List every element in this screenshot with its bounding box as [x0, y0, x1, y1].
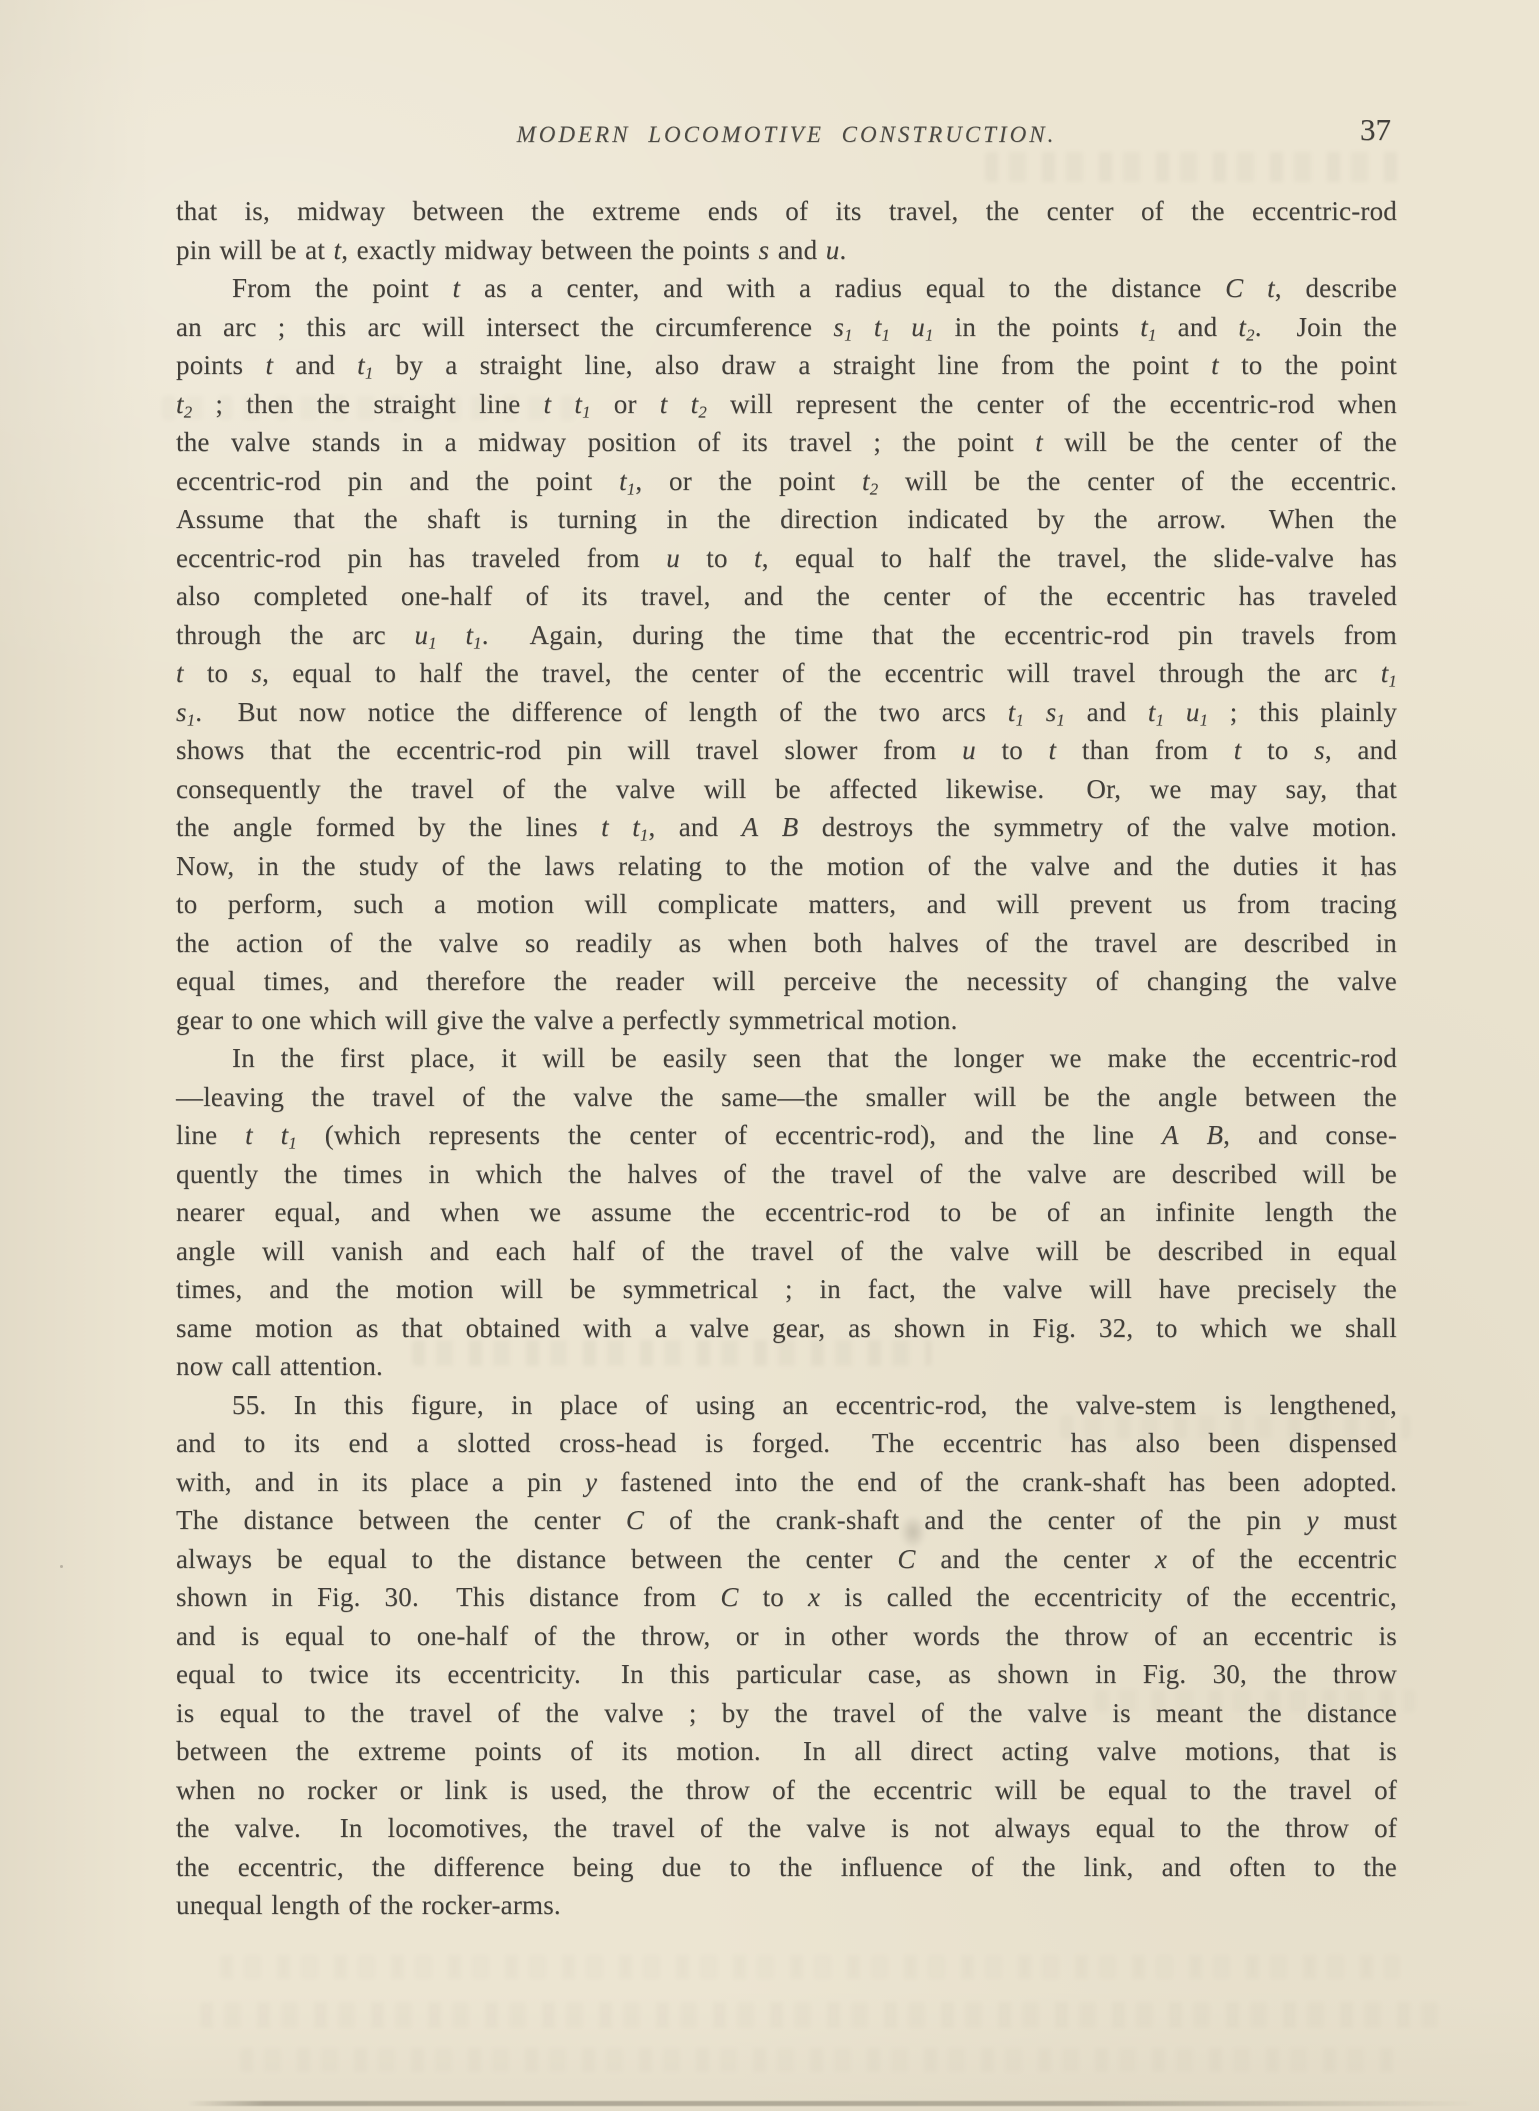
math-variable: t	[1238, 312, 1246, 342]
math-variable: t	[465, 620, 473, 650]
text-line: shown in Fig. 30. This distance from C t…	[176, 1578, 1397, 1617]
text-line: quently the times in which the halves of…	[176, 1155, 1397, 1194]
math-subscript: 1	[428, 633, 437, 652]
text-line: shows that the eccentric-rod pin will tr…	[176, 731, 1397, 770]
text-line: times, and the motion will be symmetrica…	[176, 1270, 1397, 1309]
math-subscript: 1	[1200, 710, 1209, 729]
text-line: between the extreme points of its motion…	[176, 1732, 1397, 1771]
math-variable: t	[874, 312, 882, 342]
text-line: t to s, equal to half the travel, the ce…	[176, 654, 1397, 693]
math-variable: t	[601, 812, 609, 842]
text-line: eccentric-rod pin has traveled from u to…	[176, 539, 1397, 578]
math-subscript: 1	[1148, 325, 1157, 344]
math-variable: s	[759, 235, 770, 265]
math-variable: s	[1314, 735, 1325, 765]
text-line: From the point t as a center, and with a…	[176, 269, 1397, 308]
math-variable: t	[265, 350, 273, 380]
text-line: nearer equal, and when we assume the ecc…	[176, 1193, 1397, 1232]
math-subscript: 2	[1246, 325, 1255, 344]
math-variable: B	[782, 812, 799, 842]
math-variable: t	[1140, 312, 1148, 342]
text-line: the valve stands in a midway position of…	[176, 423, 1397, 462]
math-variable: y	[1306, 1505, 1318, 1535]
page-number: 37	[1360, 112, 1391, 148]
math-subscript: 1	[1156, 710, 1165, 729]
math-variable: t	[453, 273, 461, 303]
math-variable: x	[808, 1582, 820, 1612]
text-line: —leaving the travel of the valve the sam…	[176, 1078, 1397, 1117]
math-variable: t	[176, 389, 184, 419]
text-line: points t and t1 by a straight line, also…	[176, 346, 1397, 385]
text-line: with, and in its place a pin y fastened …	[176, 1463, 1397, 1502]
text-line: Assume that the shaft is turning in the …	[176, 500, 1397, 539]
math-variable: C	[897, 1544, 915, 1574]
math-subscript: 2	[870, 479, 879, 498]
math-subscript: 1	[582, 402, 591, 421]
scan-edge-line	[187, 2101, 1477, 2106]
math-variable: u	[911, 312, 925, 342]
math-variable: u	[415, 620, 429, 650]
text-line: eccentric-rod pin and the point t1, or t…	[176, 462, 1397, 501]
text-line: equal times, and therefore the reader wi…	[176, 962, 1397, 1001]
math-variable: s	[251, 658, 262, 688]
math-variable: t	[245, 1120, 253, 1150]
math-variable: t	[357, 350, 365, 380]
text-line: line t t1 (which represents the center o…	[176, 1116, 1397, 1155]
math-variable: t	[176, 658, 184, 688]
text-line: through the arc u1 t1. Again, during the…	[176, 616, 1397, 655]
math-variable: t	[1049, 735, 1057, 765]
math-variable: t	[1148, 697, 1156, 727]
math-variable: x	[1155, 1544, 1167, 1574]
text-line: also completed one-half of its travel, a…	[176, 577, 1397, 616]
math-subscript: 1	[1015, 710, 1024, 729]
math-variable: t	[544, 389, 552, 419]
math-subscript: 1	[640, 826, 649, 845]
math-variable: t	[1211, 350, 1219, 380]
text-line: and to its end a slotted cross-head is f…	[176, 1424, 1397, 1463]
text-line: when no rocker or link is used, the thro…	[176, 1771, 1397, 1810]
math-variable: C	[1225, 273, 1243, 303]
math-subscript: 1	[627, 479, 636, 498]
math-variable: u	[666, 543, 680, 573]
showthrough-artifact	[220, 1955, 1400, 1979]
text-line: Now, in the study of the laws relating t…	[176, 847, 1397, 886]
math-variable: A	[742, 812, 759, 842]
text-line: an arc ; this arc will intersect the cir…	[176, 308, 1397, 347]
math-variable: t	[632, 812, 640, 842]
math-variable: A	[1162, 1120, 1179, 1150]
math-subscript: 2	[698, 402, 707, 421]
math-subscript: 1	[473, 633, 482, 652]
math-variable: t	[619, 466, 627, 496]
text-line: to perform, such a motion will complicat…	[176, 885, 1397, 924]
math-variable: C	[626, 1505, 644, 1535]
ink-speck	[60, 1565, 63, 1568]
text-line: The distance between the center C of the…	[176, 1501, 1397, 1540]
math-variable: u	[1186, 697, 1200, 727]
math-subscript: 1	[288, 1134, 297, 1153]
text-line: the valve. In locomotives, the travel of…	[176, 1809, 1397, 1848]
math-variable: s	[1046, 697, 1057, 727]
math-variable: y	[585, 1467, 597, 1497]
text-line: In the first place, it will be easily se…	[176, 1039, 1397, 1078]
math-variable: t	[1035, 427, 1043, 457]
math-variable: t	[862, 466, 870, 496]
math-variable: s	[833, 312, 844, 342]
showthrough-artifact	[240, 2048, 1400, 2072]
text-line: consequently the travel of the valve wil…	[176, 770, 1397, 809]
math-variable: B	[1206, 1120, 1223, 1150]
math-variable: u	[826, 235, 840, 265]
math-variable: t	[1267, 273, 1275, 303]
running-head-title: MODERN LOCOMOTIVE CONSTRUCTION.	[176, 122, 1397, 148]
body-text: that is, midway between the extreme ends…	[176, 192, 1397, 1925]
text-line: the eccentric, the difference being due …	[176, 1848, 1397, 1887]
text-line: that is, midway between the extreme ends…	[176, 192, 1397, 231]
math-subscript: 1	[187, 710, 196, 729]
scanned-book-page: { "colors": { "paper": "#ece5d2", "ink":…	[0, 0, 1539, 2111]
math-variable: t	[754, 543, 762, 573]
text-line: angle will vanish and each half of the t…	[176, 1232, 1397, 1271]
math-variable: t	[1234, 735, 1242, 765]
text-line: t2 ; then the straight line t t1 or t t2…	[176, 385, 1397, 424]
text-line: 55. In this figure, in place of using an…	[176, 1386, 1397, 1425]
text-line: gear to one which will give the valve a …	[176, 1001, 1397, 1040]
text-line: pin will be at t, exactly midway between…	[176, 231, 1397, 270]
text-line: the action of the valve so readily as wh…	[176, 924, 1397, 963]
text-line: s1. But now notice the difference of len…	[176, 693, 1397, 732]
text-line: now call attention.	[176, 1347, 1397, 1386]
text-line: equal to twice its eccentricity. In this…	[176, 1655, 1397, 1694]
math-variable: C	[720, 1582, 738, 1612]
math-subscript: 1	[365, 364, 374, 383]
math-subscript: 1	[1388, 672, 1397, 691]
math-variable: s	[176, 697, 187, 727]
math-variable: t	[574, 389, 582, 419]
text-line: the angle formed by the lines t t1, and …	[176, 808, 1397, 847]
text-line: same motion as that obtained with a valv…	[176, 1309, 1397, 1348]
math-subscript: 1	[882, 325, 891, 344]
math-variable: u	[962, 735, 976, 765]
math-variable: t	[333, 235, 341, 265]
text-line: unequal length of the rocker-arms.	[176, 1886, 1397, 1925]
text-line: and is equal to one-half of the throw, o…	[176, 1617, 1397, 1656]
text-line: is equal to the travel of the valve ; by…	[176, 1694, 1397, 1733]
showthrough-artifact	[985, 152, 1405, 182]
math-subscript: 1	[844, 325, 853, 344]
math-subscript: 1	[925, 325, 934, 344]
math-subscript: 1	[1056, 710, 1065, 729]
math-subscript: 2	[184, 402, 193, 421]
showthrough-artifact	[200, 2002, 1440, 2028]
math-variable: t	[660, 389, 668, 419]
text-line: always be equal to the distance between …	[176, 1540, 1397, 1579]
